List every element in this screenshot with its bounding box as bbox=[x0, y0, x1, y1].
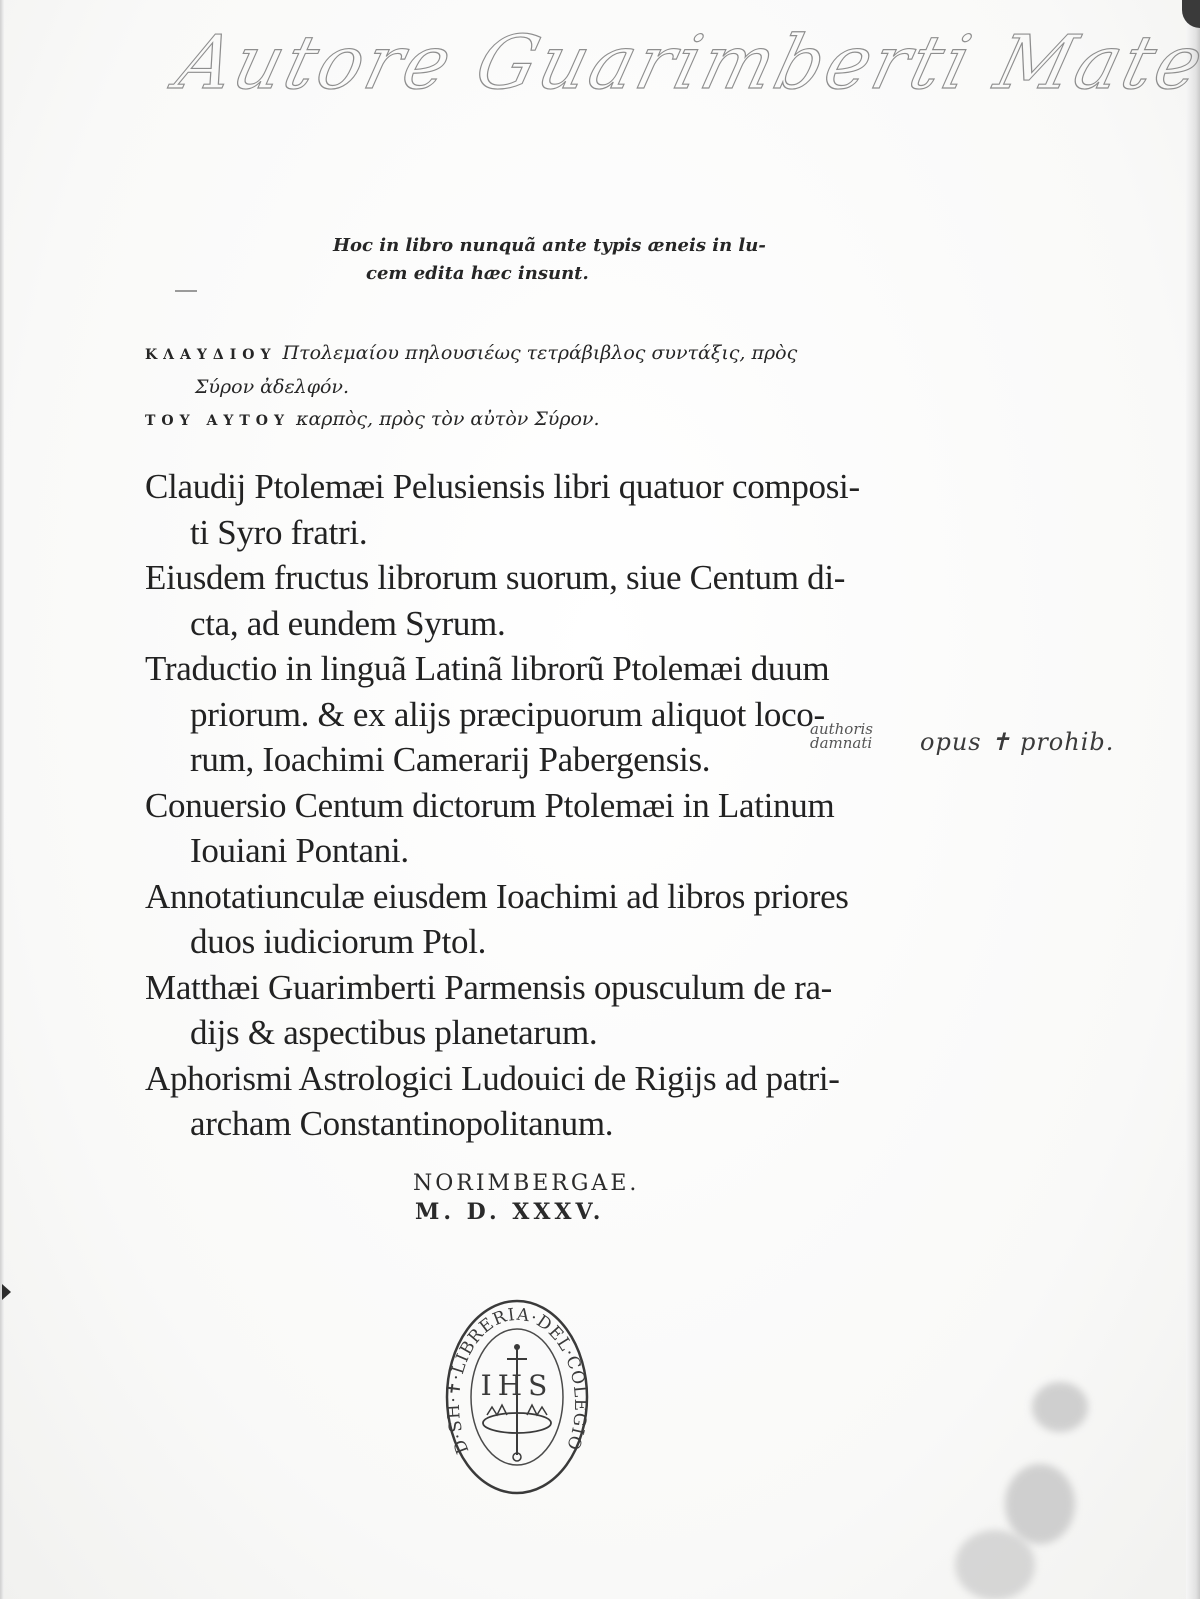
contents-entry: Aphorismi Astrologici Ludouici de Rigijs… bbox=[145, 1056, 860, 1147]
entry-continuation: ti Syro fratri. bbox=[145, 510, 860, 556]
contents-entry: Annotatiunculæ eiusdem Ioachimi ad libro… bbox=[145, 874, 860, 965]
page-edge-right bbox=[1186, 0, 1200, 1599]
water-stain bbox=[1032, 1382, 1088, 1432]
margin-annotation-small: authoris damnati bbox=[810, 722, 873, 750]
water-stain bbox=[955, 1530, 1035, 1599]
imprint-place: NORIMBERGAE. bbox=[413, 1170, 639, 1198]
entry-first-line: Matthæi Guarimberti Parmensis opusculum … bbox=[145, 965, 860, 1011]
greek-text: Πτολεμαίου πηλουσιέως τετράβιβλος συντάξ… bbox=[283, 342, 798, 364]
entry-first-line: Claudij Ptolemæi Pelusiensis libri quatu… bbox=[145, 464, 860, 510]
title-page: Autore Guarimberti Matei Hoc in libro nu… bbox=[0, 0, 1200, 1599]
intro-line-2: cem edita hæc insunt. bbox=[333, 260, 766, 288]
water-stain bbox=[1005, 1464, 1075, 1544]
entry-continuation: rum, Ioachimi Camerarij Pabergensis. bbox=[145, 737, 860, 783]
margin-annotation-large: opus ✝ prohib. bbox=[920, 728, 1114, 756]
contents-entry: Conuersio Centum dictorum Ptolemæi in La… bbox=[145, 783, 860, 874]
page-edge-left bbox=[0, 0, 4, 1599]
entry-continuation: duos iudiciorum Ptol. bbox=[145, 919, 860, 965]
greek-title-block: ΚΛΑΥΔΙΟΥ Πτολεμαίου πηλουσιέως τετράβιβλ… bbox=[145, 337, 797, 437]
entry-first-line: Aphorismi Astrologici Ludouici de Rigijs… bbox=[145, 1056, 860, 1102]
handwritten-inscription: Autore Guarimberti Matei bbox=[169, 20, 1090, 106]
greek-caps: ΤΟΥ ΑΥΤΟΥ bbox=[145, 413, 290, 429]
library-stamp-icon: D·SH·✝·LIBRERIA·DEL·COLEGIO IHS bbox=[442, 1297, 592, 1497]
entry-first-line: Conuersio Centum dictorum Ptolemæi in La… bbox=[145, 783, 860, 829]
library-stamp: D·SH·✝·LIBRERIA·DEL·COLEGIO IHS bbox=[442, 1297, 592, 1497]
stray-mark bbox=[175, 290, 197, 292]
entry-continuation: priorum. & ex alijs præcipuorum aliquot … bbox=[145, 692, 860, 738]
imprint: NORIMBERGAE. M. D. XXXV. bbox=[413, 1170, 639, 1226]
greek-text: καρπὸς, πρὸς τὸν αὐτὸν Σύρον. bbox=[296, 408, 600, 430]
contents-entry: Matthæi Guarimberti Parmensis opusculum … bbox=[145, 965, 860, 1056]
margin-note-line-2: damnati bbox=[810, 736, 873, 750]
greek-line-3: ΤΟΥ ΑΥΤΟΥ καρπὸς, πρὸς τὸν αὐτὸν Σύρον. bbox=[145, 403, 797, 437]
entry-continuation: cta, ad eundem Syrum. bbox=[145, 601, 860, 647]
contents-entry: Claudij Ptolemæi Pelusiensis libri quatu… bbox=[145, 464, 860, 555]
entry-continuation: Iouiani Pontani. bbox=[145, 828, 860, 874]
intro-line-1: Hoc in libro nunquã ante typis æneis in … bbox=[333, 232, 766, 260]
entry-continuation: archam Constantinopolitanum. bbox=[145, 1101, 860, 1147]
entry-first-line: Traductio in linguã Latinã librorũ Ptole… bbox=[145, 646, 860, 692]
greek-line-2: Σύρον ἀδελφόν. bbox=[145, 371, 797, 403]
contents-entry: Eiusdem fructus librorum suorum, siue Ce… bbox=[145, 555, 860, 646]
entry-first-line: Eiusdem fructus librorum suorum, siue Ce… bbox=[145, 555, 860, 601]
entry-continuation: dijs & aspectibus planetarum. bbox=[145, 1010, 860, 1056]
contents-entry: Traductio in linguã Latinã librorũ Ptole… bbox=[145, 646, 860, 783]
intro-text: Hoc in libro nunquã ante typis æneis in … bbox=[333, 232, 766, 288]
greek-line-1: ΚΛΑΥΔΙΟΥ Πτολεμαίου πηλουσιέως τετράβιβλ… bbox=[145, 337, 797, 371]
entry-first-line: Annotatiunculæ eiusdem Ioachimi ad libro… bbox=[145, 874, 860, 920]
page-tab-marker bbox=[2, 1284, 11, 1300]
contents-list: Claudij Ptolemæi Pelusiensis libri quatu… bbox=[145, 464, 860, 1147]
greek-caps: ΚΛΑΥΔΙΟΥ bbox=[145, 347, 277, 363]
imprint-year: M. D. XXXV. bbox=[413, 1198, 639, 1226]
